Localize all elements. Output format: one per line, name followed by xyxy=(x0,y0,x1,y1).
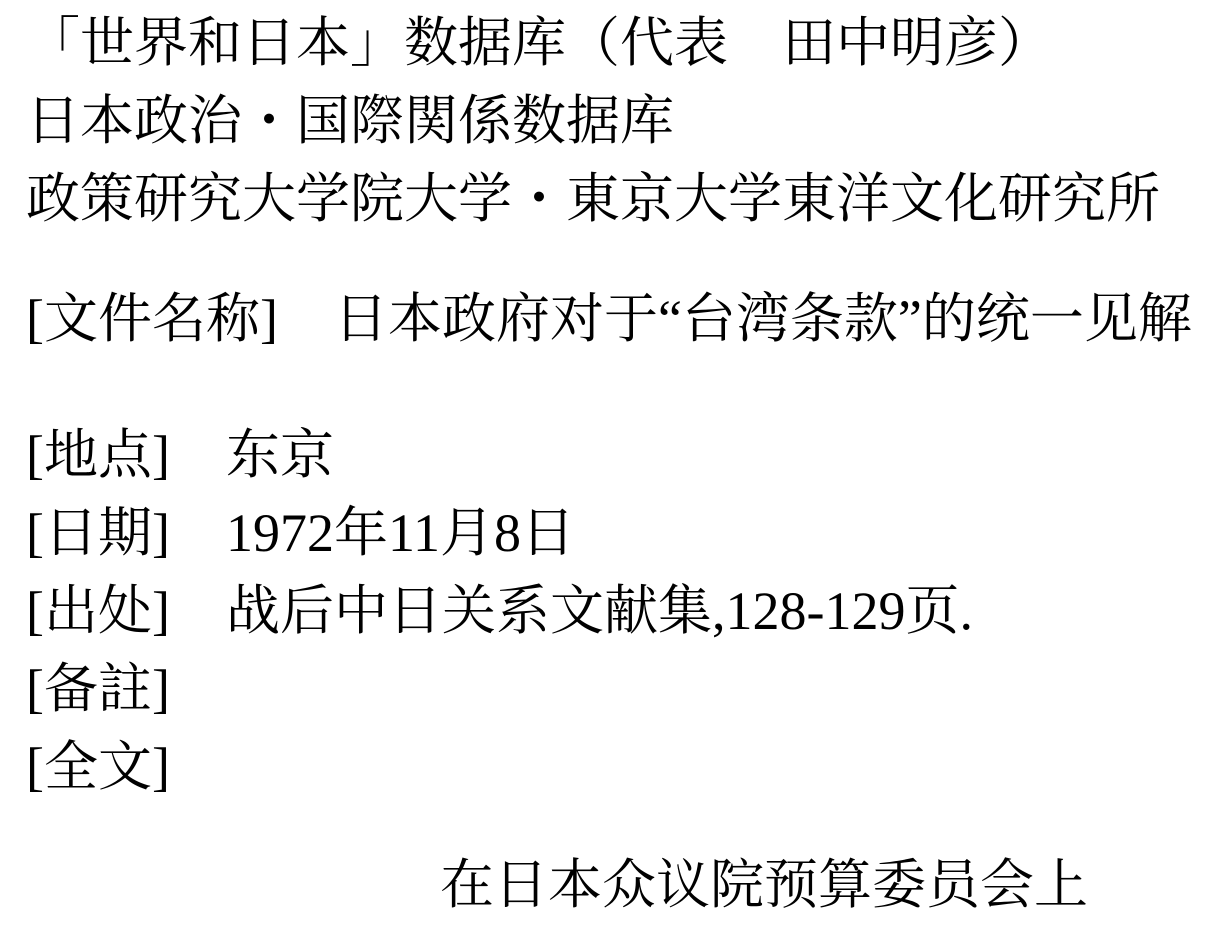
field-label-location: [地点] xyxy=(26,425,170,485)
field-label-fulltext: [全文] xyxy=(26,737,170,797)
field-label-source: [出处] xyxy=(26,581,170,641)
field-row-date: [日期]1972年11月8日 xyxy=(26,494,1206,572)
field-row-remarks: [备註] xyxy=(26,650,1206,728)
field-row-source: [出处]战后中日关系文献集,128-129页. xyxy=(26,572,1206,650)
document-page: 「世界和日本」数据库（代表 田中明彦） 日本政治・国際関係数据库 政策研究大学院… xyxy=(0,0,1220,927)
spacer xyxy=(26,358,1206,416)
database-title: 「世界和日本」数据库（代表 田中明彦） xyxy=(26,4,1206,82)
field-value-location: 东京 xyxy=(226,425,334,485)
database-subtitle: 日本政治・国際関係数据库 xyxy=(26,82,1206,160)
field-row-location: [地点]东京 xyxy=(26,416,1206,494)
field-label-date: [日期] xyxy=(26,503,170,563)
document-title-label: [文件名称] xyxy=(26,289,278,349)
field-value-date: 1972年11月8日 xyxy=(226,503,575,563)
document-title-value: 日本政府对于“台湾条款”的统一见解 xyxy=(334,289,1192,349)
fulltext-first-line: 在日本众议院预算委员会上 xyxy=(440,846,1206,924)
institutions-line: 政策研究大学院大学・東京大学東洋文化研究所 xyxy=(26,160,1206,238)
field-row-fulltext: [全文] xyxy=(26,728,1206,806)
document-title-row: [文件名称]日本政府对于“台湾条款”的统一见解 xyxy=(26,280,1206,358)
field-label-remarks: [备註] xyxy=(26,659,170,719)
field-value-source: 战后中日关系文献集,128-129页. xyxy=(226,581,973,641)
spacer xyxy=(26,806,1206,846)
spacer xyxy=(26,238,1206,280)
